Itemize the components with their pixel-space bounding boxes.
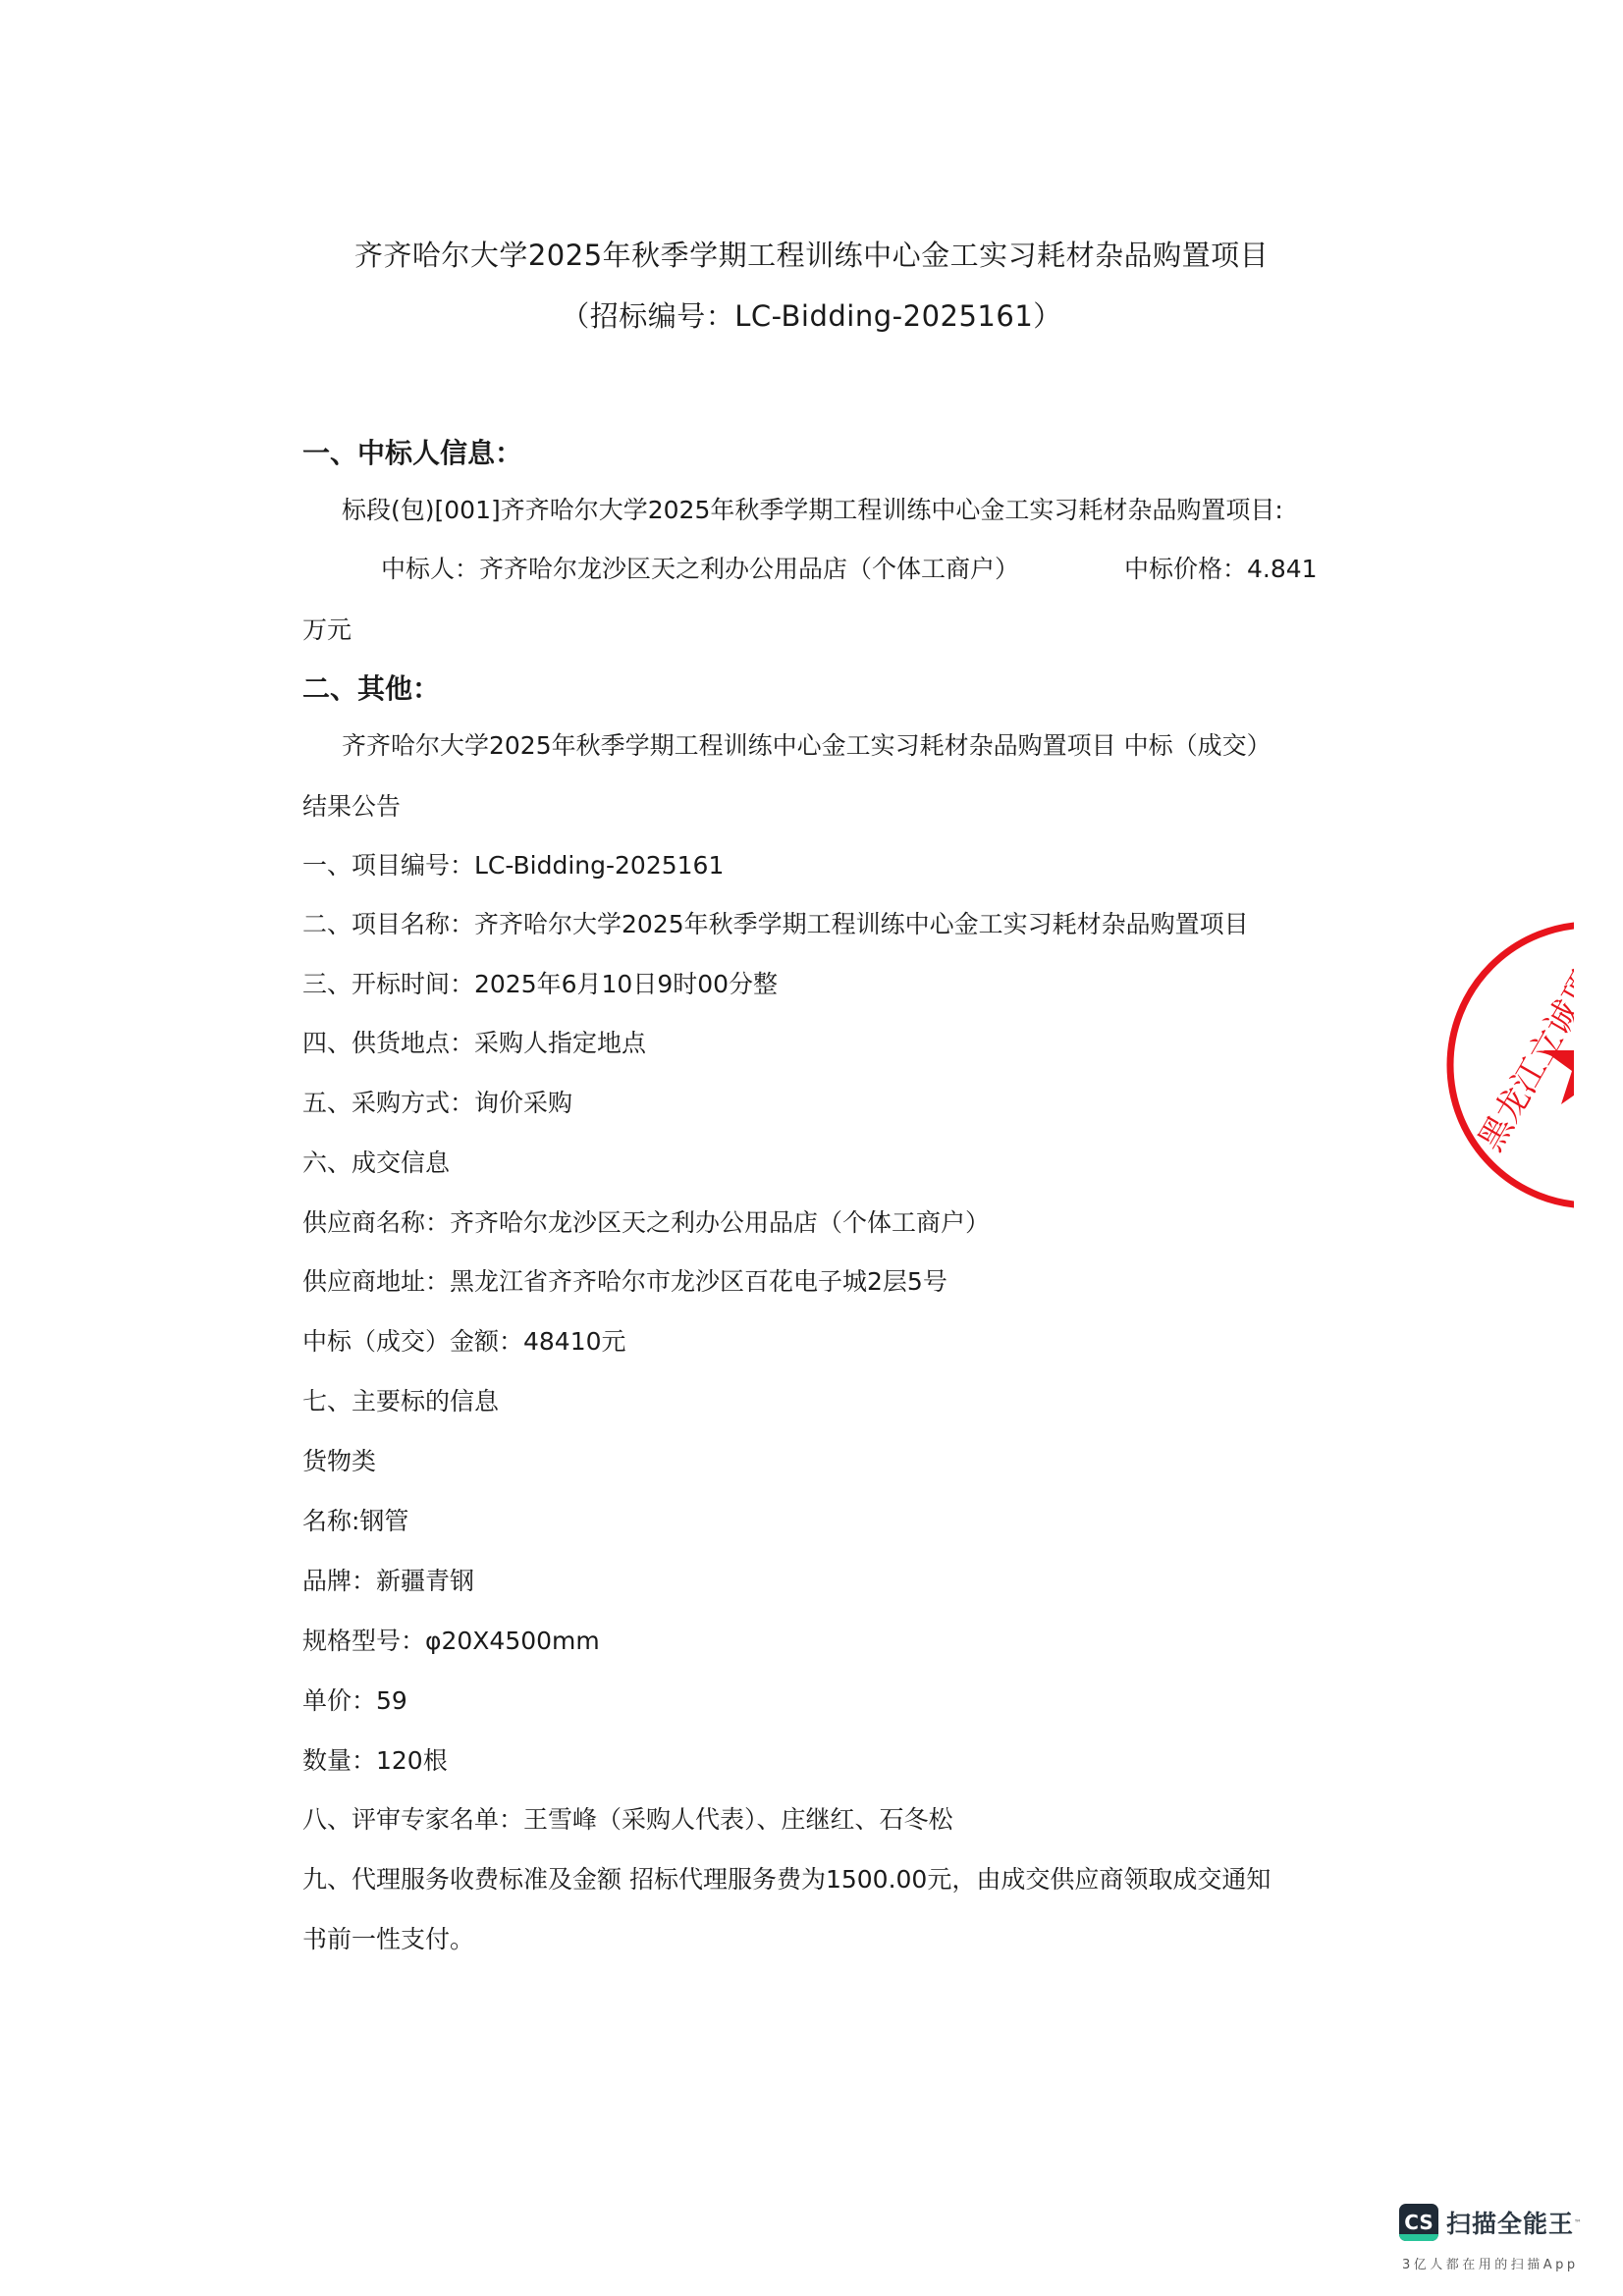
supplier-name: 供应商名称：齐齐哈尔龙沙区天之利办公用品店（个体工商户） [302, 1203, 990, 1239]
expert-list: 八、评审专家名单：王雪峰（采购人代表）、庄继红、石冬松 [302, 1800, 953, 1836]
seal-icon: 黑龙江立诚项目 [1443, 918, 1574, 1212]
agency-fee-cont: 书前一性支付。 [302, 1920, 474, 1955]
document-page: 齐齐哈尔大学2025年秋季学期工程训练中心金工实习耗材杂品购置项目 （招标编号：… [0, 0, 1623, 2296]
item-opening-time: 三、开标时间：2025年6月10日9时00分整 [302, 965, 778, 1000]
camscanner-logo: CS 扫描全能王 ™ [1399, 2204, 1582, 2241]
price-unit: 万元 [302, 611, 352, 646]
announce-line-2: 结果公告 [302, 787, 401, 823]
winner-line: 中标人：齐齐哈尔龙沙区天之利办公用品店（个体工商户） [381, 550, 1019, 585]
announce-line-1: 齐齐哈尔大学2025年秋季学期工程训练中心金工实习耗材杂品购置项目 中标（成交） [342, 726, 1271, 762]
official-seal: 黑龙江立诚项目 [1443, 918, 1574, 1217]
goods-quantity: 数量：120根 [302, 1741, 448, 1777]
section1-heading: 一、中标人信息： [302, 432, 522, 471]
cs-logo-icon: CS [1399, 2204, 1438, 2241]
agency-fee: 九、代理服务收费标准及金额 招标代理服务费为1500.00元，由成交供应商领取成… [302, 1860, 1271, 1896]
goods-name: 名称:钢管 [302, 1502, 408, 1537]
winning-price: 中标价格：4.841 [1124, 550, 1318, 585]
item-delivery-location: 四、供货地点：采购人指定地点 [302, 1024, 646, 1059]
goods-category: 货物类 [302, 1442, 376, 1477]
goods-spec: 规格型号：φ20X4500mm [302, 1622, 600, 1657]
item-transaction-info: 六、成交信息 [302, 1144, 450, 1179]
section2-heading: 二、其他： [302, 667, 440, 707]
supplier-address: 供应商地址：黑龙江省齐齐哈尔市龙沙区百花电子城2层5号 [302, 1262, 947, 1298]
transaction-amount: 中标（成交）金额：48410元 [302, 1322, 626, 1358]
cs-tagline: 3亿人都在用的扫描App [1402, 2254, 1579, 2272]
item-project-number: 一、项目编号：LC-Bidding-2025161 [302, 846, 724, 881]
goods-brand: 品牌：新疆青钢 [302, 1562, 474, 1597]
cs-app-name: 扫描全能王 [1446, 2205, 1574, 2240]
item-main-subject: 七、主要标的信息 [302, 1382, 499, 1417]
lot-line: 标段(包)[001]齐齐哈尔大学2025年秋季学期工程训练中心金工实习耗材杂品购… [342, 491, 1283, 526]
bid-number: （招标编号：LC-Bidding-2025161） [0, 294, 1623, 335]
goods-unit-price: 单价：59 [302, 1682, 407, 1717]
cs-trademark: ™ [1574, 2218, 1582, 2227]
item-project-name: 二、项目名称：齐齐哈尔大学2025年秋季学期工程训练中心金工实习耗材杂品购置项目 [302, 905, 1249, 940]
document-title: 齐齐哈尔大学2025年秋季学期工程训练中心金工实习耗材杂品购置项目 [0, 234, 1623, 274]
item-procurement-method: 五、采购方式：询价采购 [302, 1084, 572, 1119]
